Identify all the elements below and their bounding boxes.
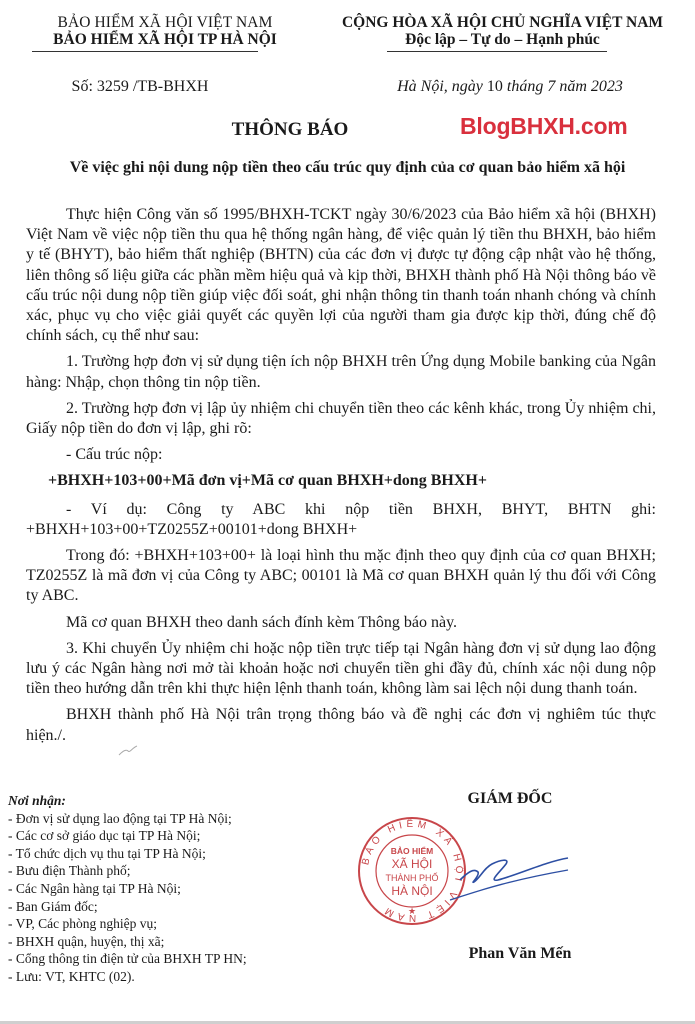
item-2-paragraph: 2. Trường hợp đơn vị lập ủy nhiệm chi ch… xyxy=(26,399,656,439)
closing-paragraph: BHXH thành phố Hà Nội trân trọng thông b… xyxy=(26,705,656,745)
attachment-note: Mã cơ quan BHXH theo danh sách đính kèm … xyxy=(26,613,656,633)
recipient-item: - Bưu điện Thành phố; xyxy=(8,862,328,880)
recipient-item: - Các cơ sở giáo dục tại TP Hà Nội; xyxy=(8,827,328,845)
document-body: Thực hiện Công văn số 1995/BHXH-TCKT ngà… xyxy=(26,205,656,752)
structure-label: - Cấu trúc nộp: xyxy=(26,445,656,465)
item-1-paragraph: 1. Trường hợp đơn vị sử dụng tiện ích nộ… xyxy=(26,352,656,392)
recipient-item: - Đơn vị sử dụng lao động tại TP Hà Nội; xyxy=(8,810,328,828)
recipients-block: Nơi nhận: - Đơn vị sử dụng lao động tại … xyxy=(8,792,328,986)
item-3-paragraph: 3. Khi chuyển Ủy nhiệm chi hoặc nộp tiền… xyxy=(26,639,656,700)
seal-line-4: HÀ NỘI xyxy=(391,883,432,898)
issuing-agency-block: BẢO HIỂM XÃ HỘI VIỆT NAM BẢO HIỂM XÃ HỘI… xyxy=(20,14,310,48)
handwritten-signature-icon xyxy=(440,850,570,910)
recipient-item: - Ban Giám đốc; xyxy=(8,898,328,916)
seal-line-1: BẢO HIỂM xyxy=(391,845,434,856)
national-motto: Độc lập – Tự do – Hạnh phúc xyxy=(310,31,695,48)
example-paragraph: - Ví dụ: Công ty ABC khi nộp tiền BHXH, … xyxy=(26,500,656,540)
document-number: Số: 3259 /TB-BHXH xyxy=(40,78,240,96)
recipient-item: - BHXH quận, huyện, thị xã; xyxy=(8,933,328,951)
issuing-agency: BẢO HIỂM XÃ HỘI TP HÀ NỘI xyxy=(20,31,310,48)
seal-line-2: XÃ HỘI xyxy=(392,856,433,871)
document-subtitle: Về việc ghi nội dung nộp tiền theo cấu t… xyxy=(0,159,695,177)
header-underline-left xyxy=(32,51,258,52)
seal-star-icon: ★ xyxy=(408,906,416,916)
explanation-paragraph: Trong đó: +BHXH+103+00+ là loại hình thu… xyxy=(26,546,656,607)
watermark: BlogBHXH.com xyxy=(460,113,628,140)
parent-agency: BẢO HIỂM XÃ HỘI VIỆT NAM xyxy=(20,14,310,31)
date-suffix: tháng 7 năm 2023 xyxy=(503,78,623,95)
recipient-item: - Các Ngân hàng tại TP Hà Nội; xyxy=(8,880,328,898)
date-prefix: Hà Nội, ngày xyxy=(397,78,487,95)
document-date: Hà Nội, ngày 10 tháng 7 năm 2023 xyxy=(370,78,650,96)
recipient-item: - VP, Các phòng nghiệp vụ; xyxy=(8,915,328,933)
signer-name: Phan Văn Mến xyxy=(440,945,600,963)
date-day: 10 xyxy=(487,78,503,95)
recipient-item: - Tổ chức dịch vụ thu tại TP Hà Nội; xyxy=(8,845,328,863)
intro-paragraph: Thực hiện Công văn số 1995/BHXH-TCKT ngà… xyxy=(26,205,656,346)
national-motto-block: CỘNG HÒA XÃ HỘI CHỦ NGHĨA VIỆT NAM Độc l… xyxy=(310,14,695,48)
header-underline-right xyxy=(387,51,607,52)
seal-line-3: THÀNH PHỐ xyxy=(385,872,438,883)
recipients-label: Nơi nhận: xyxy=(8,792,328,810)
recipient-item: - Lưu: VT, KHTC (02). xyxy=(8,968,328,986)
initial-mark-icon xyxy=(118,745,138,757)
recipient-item: - Cổng thông tin điện tử của BHXH TP HN; xyxy=(8,950,328,968)
structure-code: +BHXH+103+00+Mã đơn vị+Mã cơ quan BHXH+d… xyxy=(26,471,656,491)
national-title: CỘNG HÒA XÃ HỘI CHỦ NGHĨA VIỆT NAM xyxy=(310,14,695,31)
